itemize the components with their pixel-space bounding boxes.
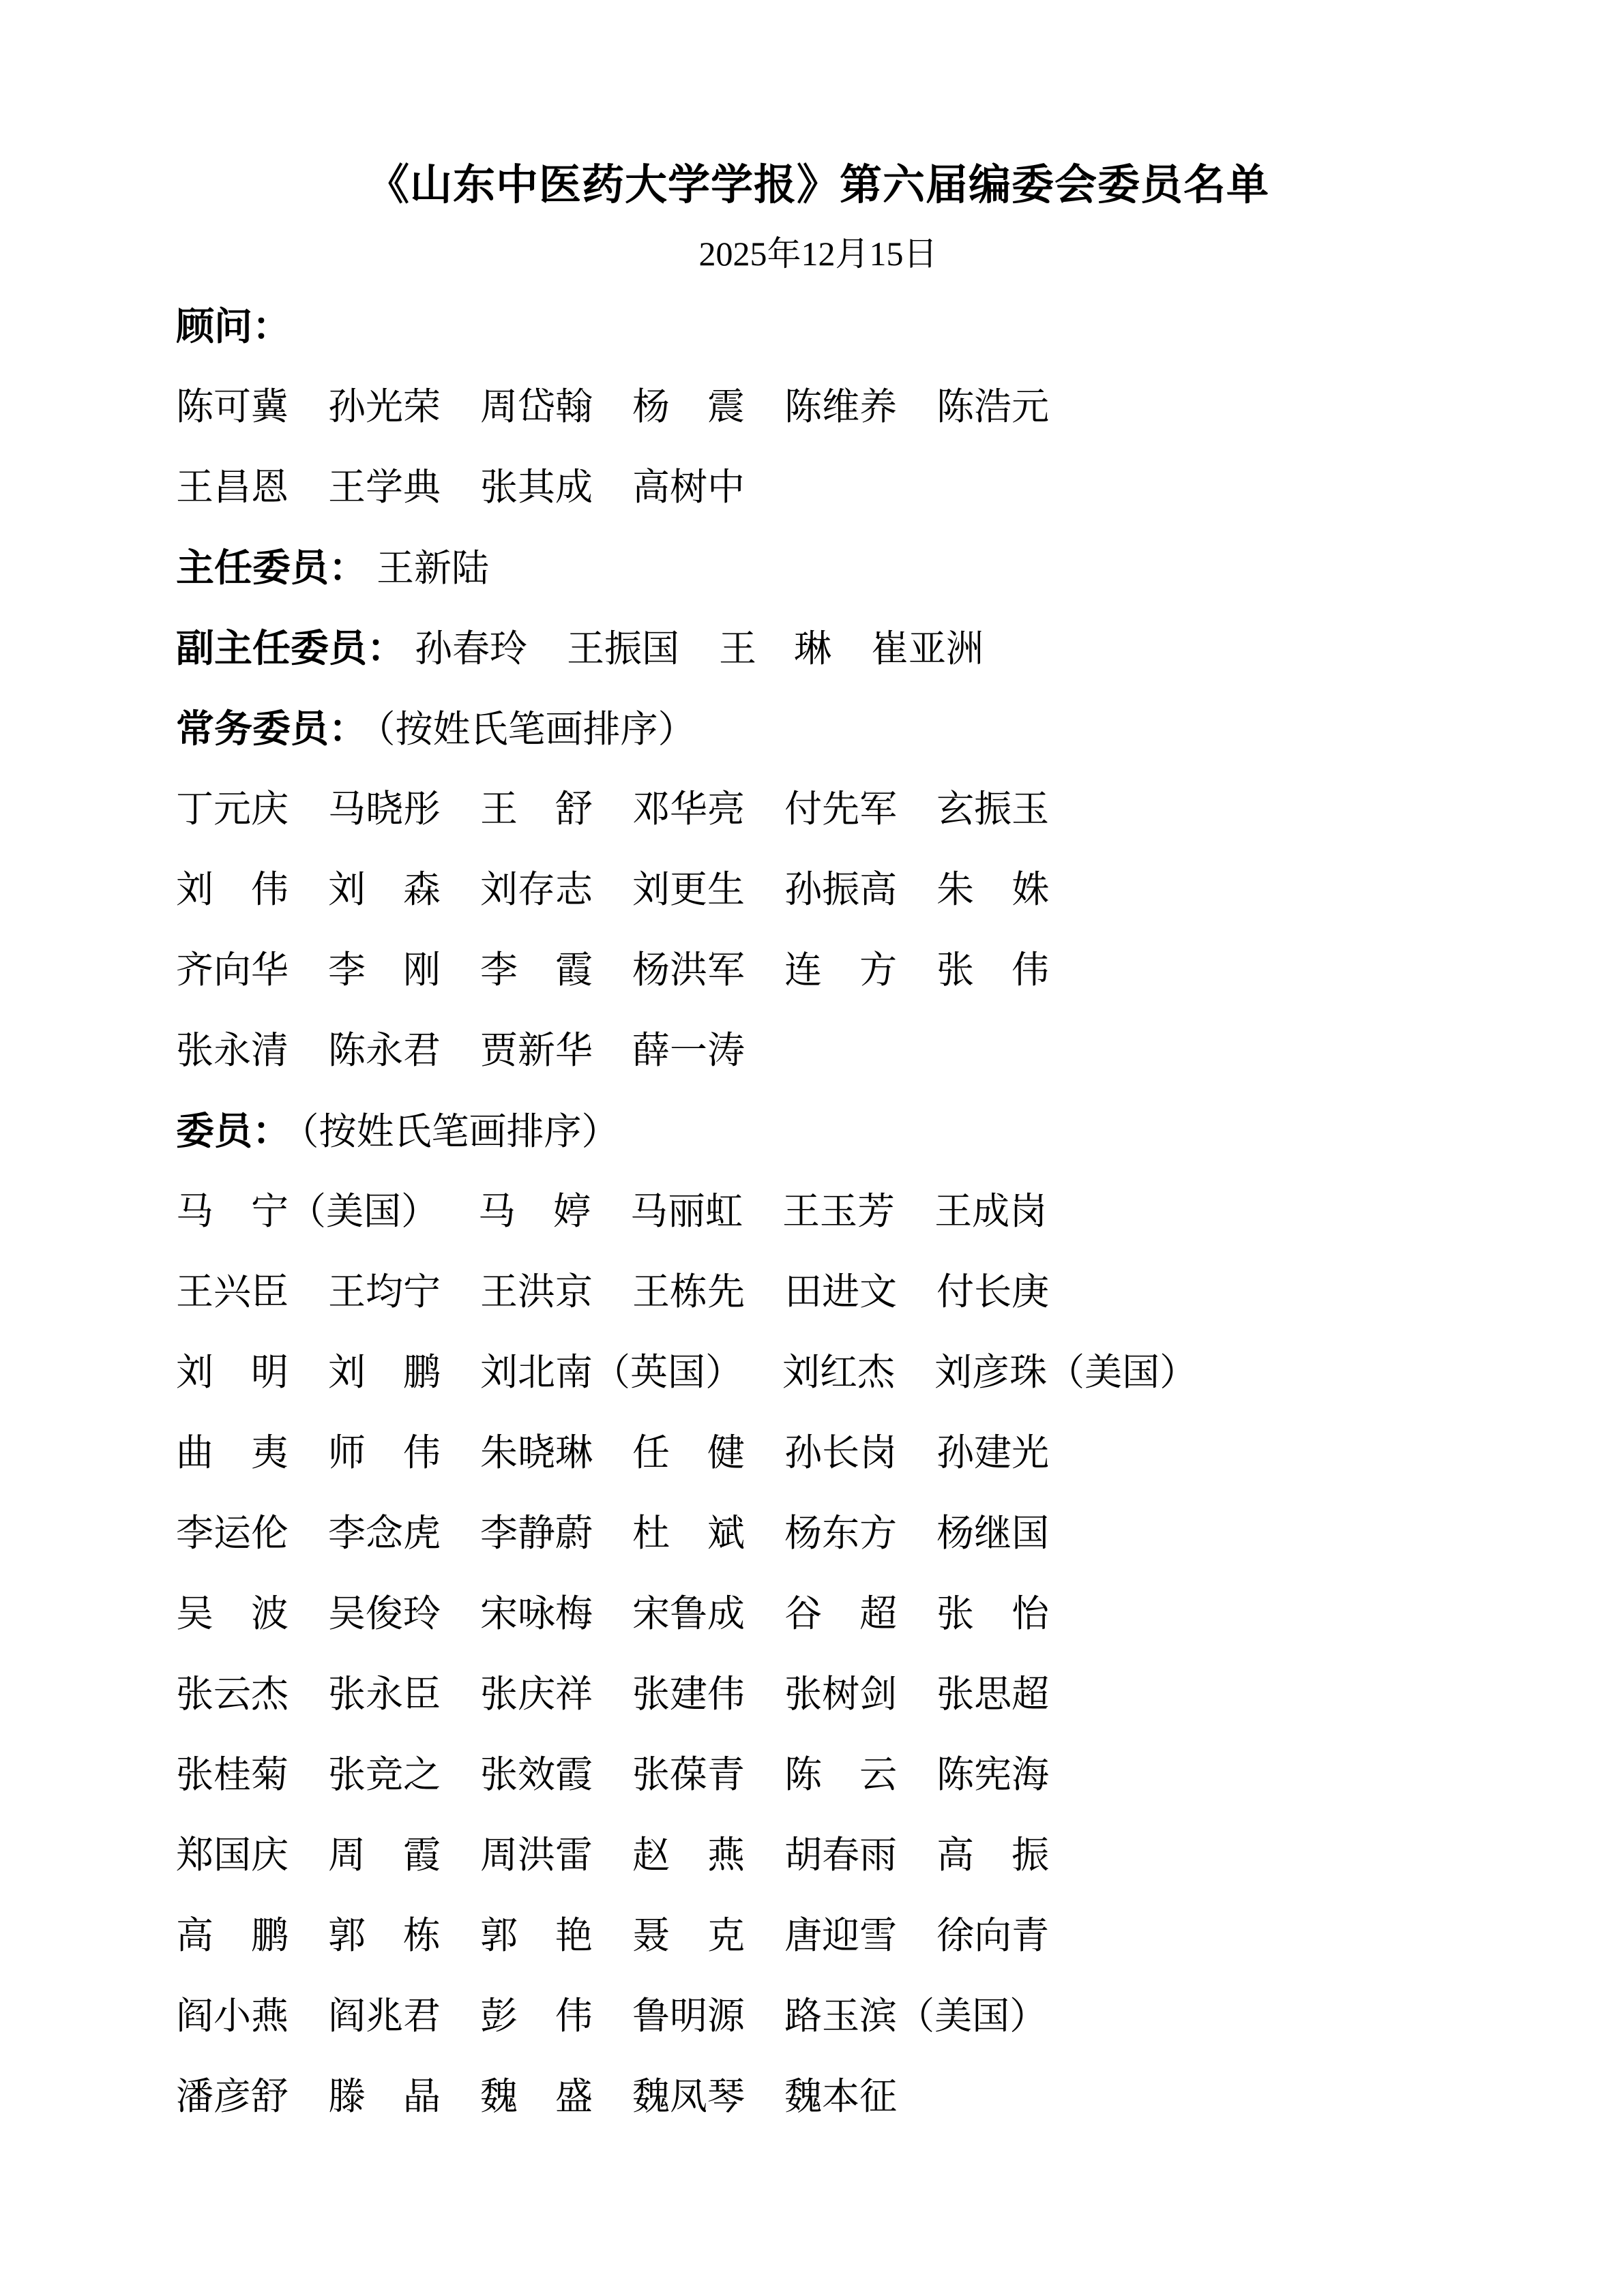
member-name: 陈 云 xyxy=(784,1754,897,1795)
member-row: 郑国庆周 霞周洪雷赵 燕胡春雨高 振 xyxy=(176,1815,1460,1896)
member-name: 张永臣 xyxy=(328,1673,441,1715)
member-name: 李念虎 xyxy=(328,1512,441,1554)
member-name: 陈永君 xyxy=(328,1030,441,1071)
member-name: 杨东方 xyxy=(784,1512,897,1554)
member-name: 阎小燕 xyxy=(176,1995,289,2037)
member-name: 刘彦珠（美国） xyxy=(934,1352,1197,1393)
member-name: 郭 艳 xyxy=(480,1915,593,1956)
member-name: 刘 森 xyxy=(328,869,441,910)
member-name: 杨 震 xyxy=(632,386,745,428)
member-name: 宋鲁成 xyxy=(632,1593,745,1635)
member-name: 胡春雨 xyxy=(784,1834,897,1876)
member-name: 张 伟 xyxy=(936,949,1049,991)
member-row: 丁元庆马晓彤王 舒邓华亮付先军玄振玉 xyxy=(176,769,1460,850)
member-name: 刘红杰 xyxy=(782,1352,895,1393)
member-name: 杨继国 xyxy=(936,1512,1049,1554)
member-row: 张永清陈永君贾新华薛一涛 xyxy=(176,1011,1460,1091)
section-label: 委员： xyxy=(176,1109,291,1152)
section-header-line: 常务委员：（按姓氏笔画排序） xyxy=(176,689,1460,769)
member-name: 付长庚 xyxy=(936,1271,1049,1313)
member-row: 王兴臣王均宁王洪京王栋先田进文付长庚 xyxy=(176,1252,1460,1332)
member-name: 王新陆 xyxy=(377,548,489,589)
member-name: 张云杰 xyxy=(176,1673,289,1715)
member-name: 师 伟 xyxy=(328,1432,441,1474)
member-name: 王 琳 xyxy=(719,628,831,670)
member-name: 马晓彤 xyxy=(328,788,441,830)
member-name: 张思超 xyxy=(936,1673,1049,1715)
member-name: 周岱翰 xyxy=(480,386,593,428)
member-name: 张葆青 xyxy=(632,1754,745,1795)
member-name: 王昌恩 xyxy=(176,466,289,508)
member-row: 张桂菊张竞之张效霞张葆青陈 云陈宪海 xyxy=(176,1735,1460,1815)
member-name: 高 振 xyxy=(936,1834,1049,1876)
section-header-line: 委员：（按姓氏笔画排序） xyxy=(176,1091,1460,1172)
member-row: 曲 夷师 伟朱晓琳任 健孙长岗孙建光 xyxy=(176,1413,1460,1493)
section-label: 副主任委员： xyxy=(176,627,405,670)
member-name: 张效霞 xyxy=(480,1754,593,1795)
member-row: 刘 伟刘 森刘存志刘更生孙振高朱 姝 xyxy=(176,850,1460,930)
member-name: 李静蔚 xyxy=(480,1512,593,1554)
member-name: 陈浩元 xyxy=(936,386,1049,428)
member-name: 马 婷 xyxy=(478,1191,591,1232)
member-name: 魏凤琴 xyxy=(632,2076,745,2117)
member-name: 张永清 xyxy=(176,1030,289,1071)
member-name: 刘 伟 xyxy=(176,869,289,910)
member-row: 马 宁（美国）马 婷马丽虹王玉芳王成岗 xyxy=(176,1172,1460,1252)
section-sort-note: （按姓氏笔画排序） xyxy=(300,1111,619,1152)
member-row: 陈可冀孙光荣周岱翰杨 震陈维养陈浩元 xyxy=(176,367,1460,447)
member-name: 孙春玲 xyxy=(415,628,527,670)
member-name: 孙建光 xyxy=(936,1432,1049,1474)
member-name: 王洪京 xyxy=(480,1271,593,1313)
member-name: 孙振高 xyxy=(784,869,897,910)
member-row: 李运伦李念虎李静蔚杜 斌杨东方杨继国 xyxy=(176,1493,1460,1574)
member-row: 阎小燕阎兆君彭 伟鲁明源路玉滨（美国） xyxy=(176,1976,1460,2057)
member-name: 陈维养 xyxy=(784,386,897,428)
section-label: 主任委员： xyxy=(176,546,367,589)
member-name: 李 刚 xyxy=(328,949,441,991)
member-name: 刘 明 xyxy=(176,1352,289,1393)
member-row: 张云杰张永臣张庆祥张建伟张树剑张思超 xyxy=(176,1654,1460,1735)
member-name: 王均宁 xyxy=(328,1271,441,1313)
member-name: 付先军 xyxy=(784,788,897,830)
member-name: 张建伟 xyxy=(632,1673,745,1715)
member-name: 杨洪军 xyxy=(632,949,745,991)
member-name: 张庆祥 xyxy=(480,1673,593,1715)
page-title: 《山东中医药大学学报》第六届编委会委员名单 xyxy=(176,150,1460,221)
member-name: 曲 夷 xyxy=(176,1432,289,1474)
member-name: 张树剑 xyxy=(784,1673,897,1715)
document-date: 2025年12月15日 xyxy=(176,221,1460,286)
member-name: 陈可冀 xyxy=(176,386,289,428)
member-name: 崔亚洲 xyxy=(871,628,984,670)
member-name: 路玉滨（美国） xyxy=(784,1995,1047,2037)
member-row: 潘彦舒滕 晶魏 盛魏凤琴魏本征 xyxy=(176,2057,1460,2137)
member-name: 刘 鹏 xyxy=(328,1352,441,1393)
member-name: 马丽虹 xyxy=(630,1191,743,1232)
member-name: 高 鹏 xyxy=(176,1915,289,1956)
section-header-line: 主任委员：王新陆 xyxy=(176,528,1460,608)
member-name: 鲁明源 xyxy=(632,1995,745,2037)
member-name: 李 霞 xyxy=(480,949,593,991)
member-name: 杜 斌 xyxy=(632,1512,745,1554)
member-name: 朱晓琳 xyxy=(480,1432,593,1474)
member-name: 吴俊玲 xyxy=(328,1593,441,1635)
member-name: 王玉芳 xyxy=(782,1191,895,1232)
member-row: 高 鹏郭 栋郭 艳聂 克唐迎雪徐向青 xyxy=(176,1896,1460,1976)
member-name: 田进文 xyxy=(784,1271,897,1313)
section-header-line: 顾问： xyxy=(176,286,1460,367)
member-name: 高树中 xyxy=(632,466,745,508)
member-row: 刘 明刘 鹏刘北南（英国）刘红杰刘彦珠（美国） xyxy=(176,1332,1460,1413)
member-name: 王振国 xyxy=(567,628,679,670)
member-name: 魏本征 xyxy=(784,2076,897,2117)
member-name: 张其成 xyxy=(480,466,593,508)
member-name: 唐迎雪 xyxy=(784,1915,897,1956)
member-name: 吴 波 xyxy=(176,1593,289,1635)
member-name: 魏 盛 xyxy=(480,2076,593,2117)
member-name: 朱 姝 xyxy=(936,869,1049,910)
section-header-line: 副主任委员：孙春玲王振国王 琳崔亚洲 xyxy=(176,608,1460,689)
member-row: 王昌恩王学典张其成高树中 xyxy=(176,447,1460,528)
member-name: 周 霞 xyxy=(328,1834,441,1876)
section-label: 顾问： xyxy=(176,305,291,348)
member-name: 孙长岗 xyxy=(784,1432,897,1474)
member-name: 王 舒 xyxy=(480,788,593,830)
member-name: 郭 栋 xyxy=(328,1915,441,1956)
member-name: 丁元庆 xyxy=(176,788,289,830)
member-name: 张竞之 xyxy=(328,1754,441,1795)
member-name: 张 怡 xyxy=(936,1593,1049,1635)
member-name: 王栋先 xyxy=(632,1271,745,1313)
member-name: 滕 晶 xyxy=(328,2076,441,2117)
member-name: 李运伦 xyxy=(176,1512,289,1554)
member-name: 任 健 xyxy=(632,1432,745,1474)
member-name: 王学典 xyxy=(328,466,441,508)
member-name: 刘更生 xyxy=(632,869,745,910)
member-name: 阎兆君 xyxy=(328,1995,441,2037)
member-row: 齐向华李 刚李 霞杨洪军连 方张 伟 xyxy=(176,930,1460,1011)
member-sections: 顾问：陈可冀孙光荣周岱翰杨 震陈维养陈浩元王昌恩王学典张其成高树中主任委员：王新… xyxy=(176,286,1460,2137)
member-name: 潘彦舒 xyxy=(176,2076,289,2117)
member-name: 陈宪海 xyxy=(936,1754,1049,1795)
member-name: 王兴臣 xyxy=(176,1271,289,1313)
member-name: 徐向青 xyxy=(936,1915,1049,1956)
member-name: 张桂菊 xyxy=(176,1754,289,1795)
document-page: 《山东中医药大学学报》第六届编委会委员名单 2025年12月15日 顾问：陈可冀… xyxy=(0,0,1624,2296)
member-name: 周洪雷 xyxy=(480,1834,593,1876)
member-name: 郑国庆 xyxy=(176,1834,289,1876)
member-name: 薛一涛 xyxy=(632,1030,745,1071)
member-name: 聂 克 xyxy=(632,1915,745,1956)
section-label: 常务委员： xyxy=(176,707,367,750)
section-sort-note: （按姓氏笔画排序） xyxy=(377,709,696,750)
member-name: 谷 超 xyxy=(784,1593,897,1635)
member-name: 马 宁（美国） xyxy=(176,1191,439,1232)
member-name: 贾新华 xyxy=(480,1030,593,1071)
member-name: 刘北南（英国） xyxy=(480,1352,743,1393)
member-name: 玄振玉 xyxy=(936,788,1049,830)
member-row: 吴 波吴俊玲宋咏梅宋鲁成谷 超张 怡 xyxy=(176,1574,1460,1654)
member-name: 刘存志 xyxy=(480,869,593,910)
member-name: 齐向华 xyxy=(176,949,289,991)
member-name: 连 方 xyxy=(784,949,897,991)
member-name: 彭 伟 xyxy=(480,1995,593,2037)
member-name: 邓华亮 xyxy=(632,788,745,830)
member-name: 宋咏梅 xyxy=(480,1593,593,1635)
member-name: 孙光荣 xyxy=(328,386,441,428)
member-name: 赵 燕 xyxy=(632,1834,745,1876)
member-name: 王成岗 xyxy=(934,1191,1047,1232)
